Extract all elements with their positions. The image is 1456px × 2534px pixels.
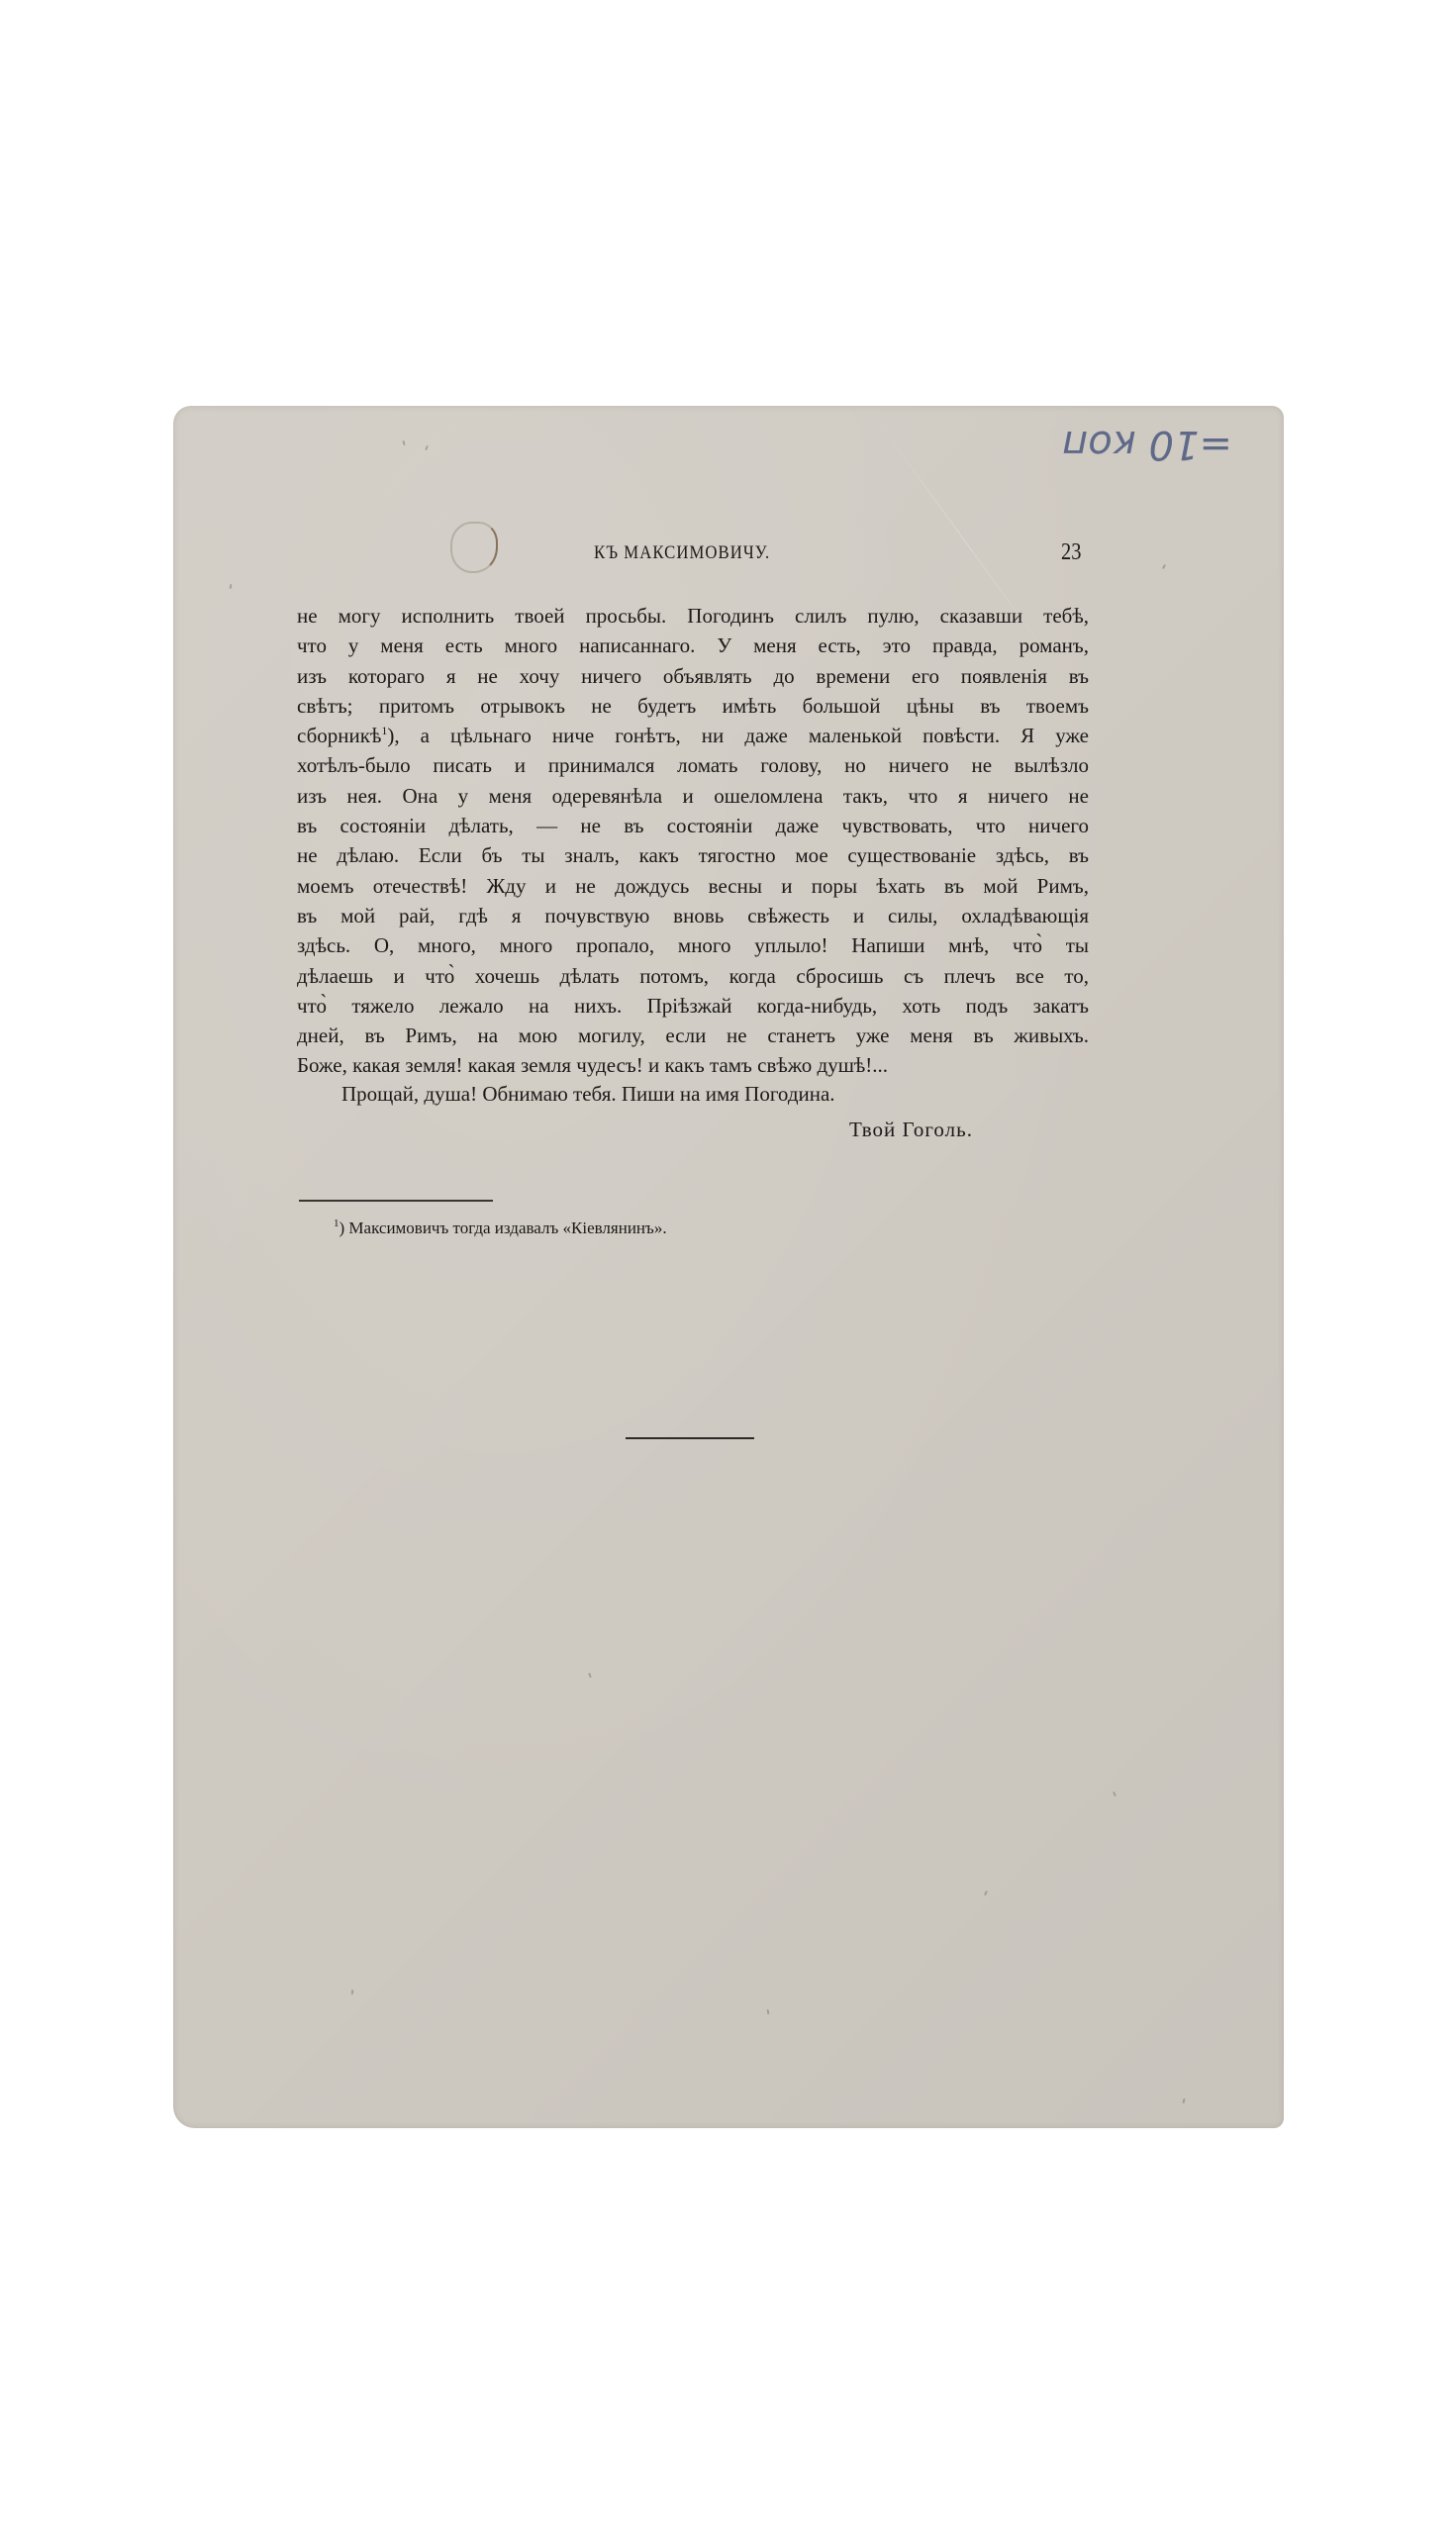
text-line: въ мой рай, гдѣ я почувствую вновь свѣже…	[297, 901, 1089, 930]
footnote-text: ) Максимовичъ тогда издавалъ «Кіевлянинъ…	[340, 1218, 667, 1237]
letter-closing: Прощай, душа! Обнимаю тебя. Пиши на имя …	[341, 1082, 835, 1107]
section-end-rule	[626, 1437, 754, 1439]
text-line: дѣлаешь и что̀ хочешь дѣлать потомъ, ког…	[297, 961, 1089, 991]
letter-body: не могу исполнить твоей просьбы. Погодин…	[297, 601, 1089, 1081]
text-line: хотѣлъ-было писать и принимался ломать г…	[297, 750, 1089, 780]
text-line: свѣтъ; притомъ отрывокъ не будетъ имѣть …	[297, 691, 1089, 721]
text-line: въ состояніи дѣлать, — не въ состояніи д…	[297, 811, 1089, 840]
text-line: моемъ отечествѣ! Жду и не дождусь весны …	[297, 871, 1089, 901]
footnote-divider	[299, 1200, 493, 1202]
running-head: КЪ МАКСИМОВИЧУ. 23	[173, 542, 1284, 566]
letter-signature: Твой Гоголь.	[849, 1118, 973, 1142]
text-line: не могу исполнить твоей просьбы. Погодин…	[297, 601, 1089, 631]
running-head-title: КЪ МАКСИМОВИЧУ.	[594, 542, 770, 564]
footnote: 1) Максимовичъ тогда издавалъ «Кіевлянин…	[334, 1218, 667, 1238]
text-line: изъ нея. Она у меня одеревянѣла и ошелом…	[297, 781, 1089, 811]
text-line: дней, въ Римъ, на мою могилу, если не ст…	[297, 1021, 1089, 1050]
text-line: Боже, какая земля! какая земля чудесъ! и…	[297, 1050, 1089, 1080]
text-line-with-footnote-ref: сборникѣ1), а цѣльнаго ниче гонѣтъ, ни д…	[297, 721, 1089, 750]
text-line: здѣсь. О, много, много пропало, много уп…	[297, 930, 1089, 960]
text-line: изъ котораго я не хочу ничего объявлять …	[297, 661, 1089, 691]
page-number: 23	[1061, 539, 1081, 566]
text-line: не дѣлаю. Если бъ ты зналъ, какъ тягостн…	[297, 840, 1089, 870]
handwritten-price-annotation: =10 коп	[1034, 419, 1232, 470]
scanned-page: =10 коп КЪ МАКСИМОВИЧУ. 23 не могу испол…	[173, 406, 1284, 2128]
text-line: что̀ тяжело лежало на нихъ. Пріѣзжай ког…	[297, 991, 1089, 1021]
text-line: что у меня есть много написаннаго. У мен…	[297, 631, 1089, 660]
